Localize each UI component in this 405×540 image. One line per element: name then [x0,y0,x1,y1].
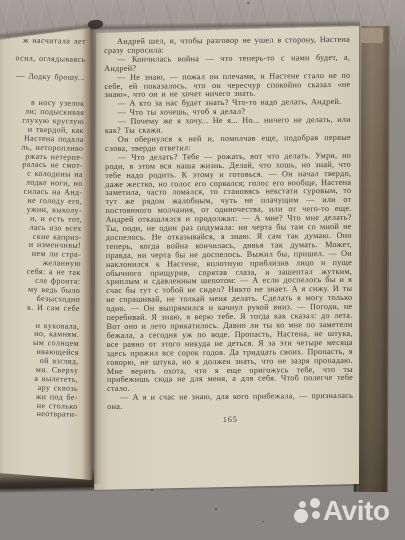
dust-speck [247,2,250,4]
right-page-paragraph: — Что делать? Тебе — рожать, вот что дел… [105,152,353,395]
avito-logo-icon [310,498,320,508]
right-page-paragraphs: Андрей шел, и, чтобы разговор не ушел в … [104,36,353,412]
dust-speck [151,489,153,491]
book-cover-edge [354,26,390,492]
book-photo: ж насчитала летосил, оглядываясь— Лодку … [0,0,405,540]
right-page-text: Андрей шел, и, чтобы разговор не ушел в … [104,36,353,426]
avito-watermark-text: Avito [323,496,389,526]
page-number: 165 [107,415,353,426]
avito-logo-icon [299,501,306,508]
avito-watermark: Avito [286,492,404,538]
book-gutter [83,24,102,484]
left-page-text: ж насчитала летосил, оглядываясь— Лодку … [0,34,86,420]
avito-logo-icon [294,509,308,523]
avito-logo-icon [312,511,320,519]
left-page: ж насчитала летосил, оглядываясь— Лодку … [0,24,92,480]
dust-speck [215,508,217,510]
right-page-paragraph: — Не знаю, — пожал он плечами, и Настене… [104,71,350,100]
right-page-paragraph: — А я и счас не знаю, для кого прибежала… [107,392,353,412]
left-page-line: неотврати- [0,408,78,421]
right-page: Андрей шел, и, чтобы разговор не ушел в … [91,24,359,490]
dust-speck [262,521,264,522]
